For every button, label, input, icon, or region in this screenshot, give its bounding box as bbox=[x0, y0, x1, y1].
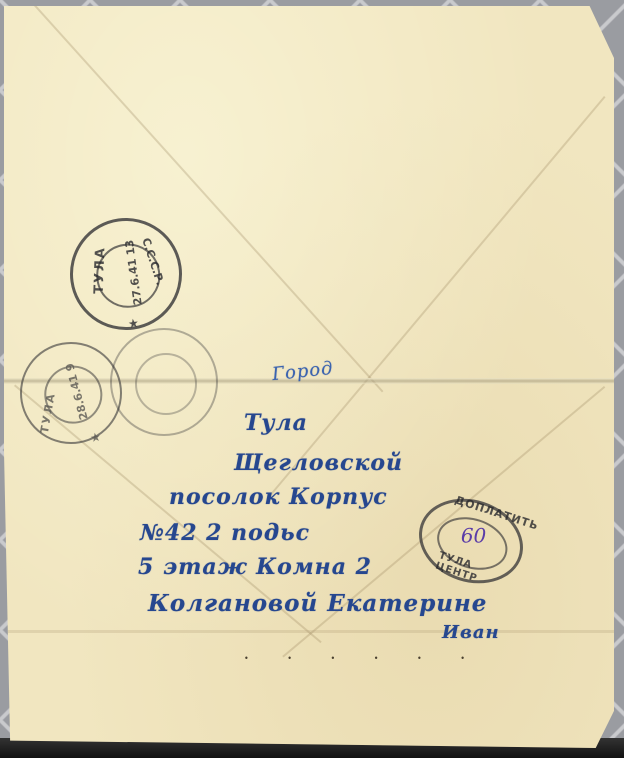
star-icon: ★ bbox=[127, 316, 140, 331]
postmark-inner-ring bbox=[135, 353, 197, 415]
postmark-city: ТУЛА bbox=[92, 246, 109, 294]
postmark-faded bbox=[110, 328, 218, 436]
postmark-secondary: ТУЛА 28.6.41 9 ★ bbox=[12, 334, 130, 452]
horizontal-fold bbox=[4, 630, 614, 633]
address-line-floor-room: 5 этаж Комна 2 bbox=[138, 554, 372, 580]
fold-crease bbox=[34, 5, 383, 393]
letter-envelope: ТУЛА 27.6.41 13 С.С.С.Р. ★ ТУЛА 28.6.41 … bbox=[4, 6, 614, 748]
address-line-settlement: посолок Корпус bbox=[169, 484, 388, 510]
address-line-recipient: Колгановой Екатерине bbox=[148, 590, 487, 617]
address-line-patronymic: Иван bbox=[442, 622, 500, 643]
address-line-building: №42 2 подьс bbox=[140, 520, 310, 546]
postmark-primary: ТУЛА 27.6.41 13 С.С.С.Р. ★ bbox=[63, 211, 189, 337]
postage-due-amount: 60 bbox=[461, 524, 486, 548]
fold-crease bbox=[270, 96, 606, 496]
postage-due-stamp: ДОПЛАТИТЬ ТУЛА ЦЕНТР 60 bbox=[408, 486, 534, 597]
star-icon: ★ bbox=[89, 430, 102, 446]
address-line-city: Тула bbox=[244, 410, 308, 436]
pin-holes: • • • • • • bbox=[244, 654, 483, 663]
address-line-district: Щегловской bbox=[234, 450, 403, 476]
